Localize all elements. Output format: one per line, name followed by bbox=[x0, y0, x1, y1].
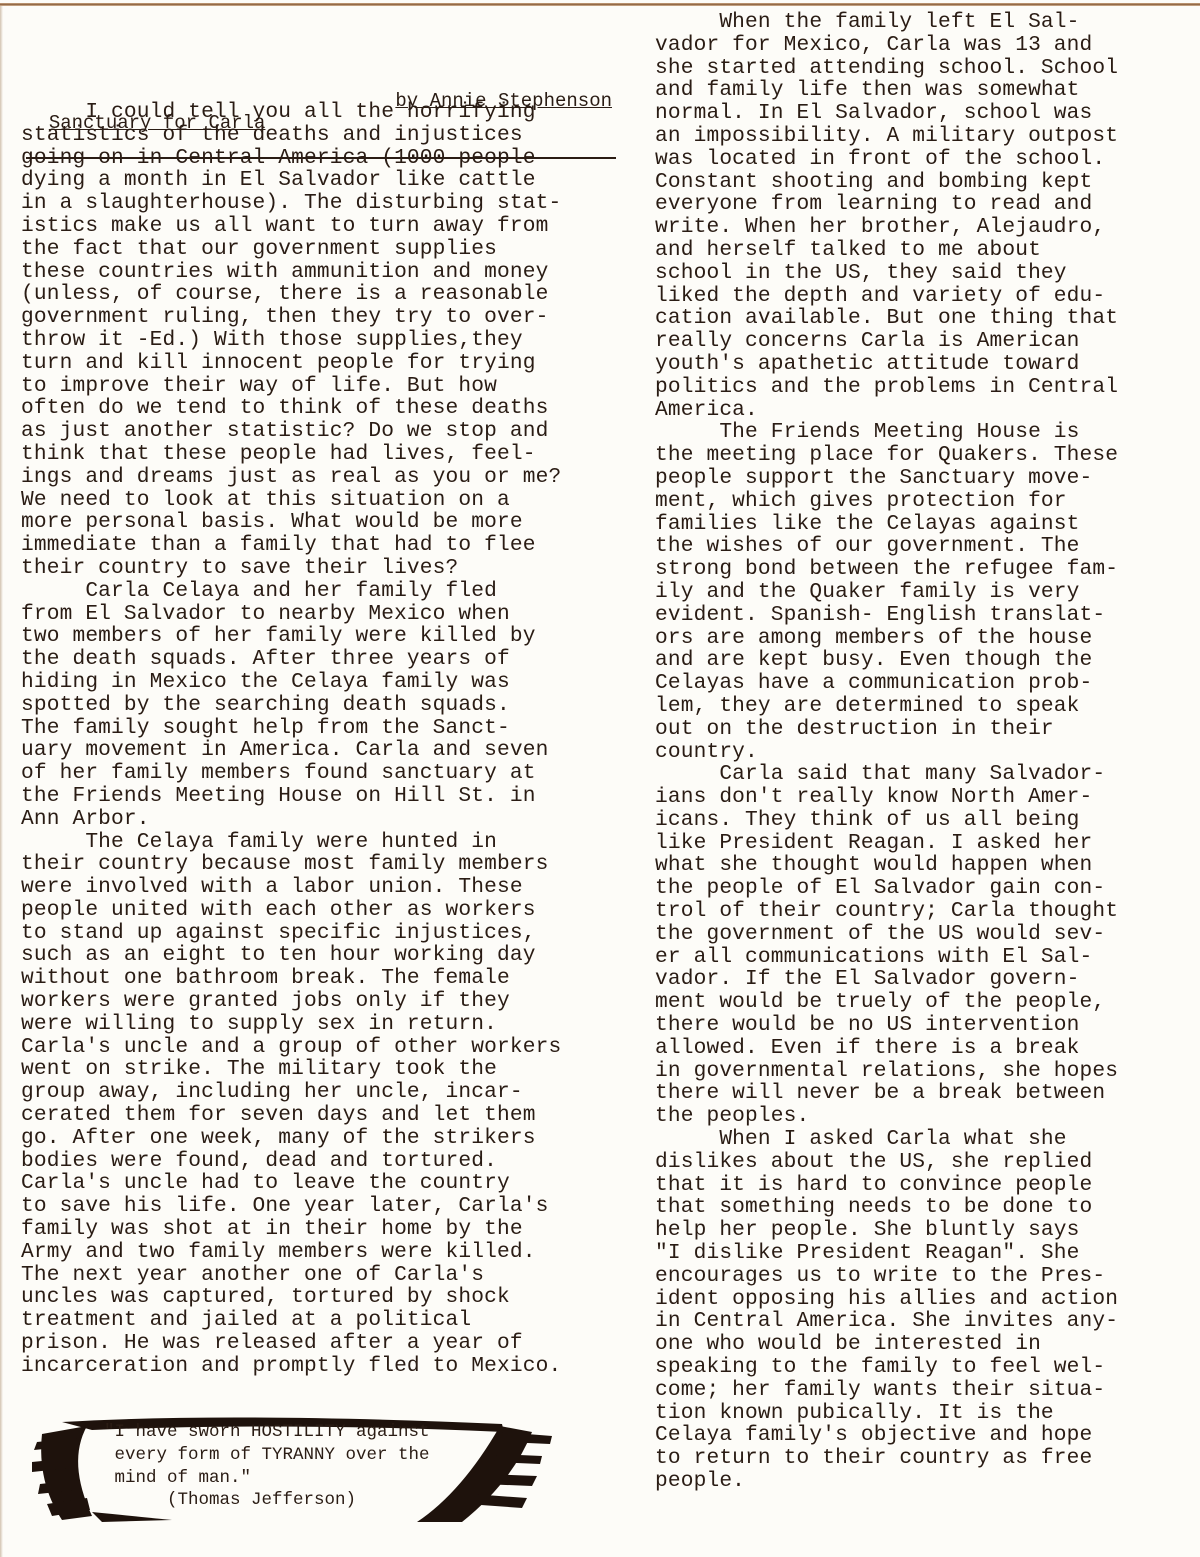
text-line: think that these people had lives, feel- bbox=[21, 443, 561, 466]
text-line: the people of El Salvador gain con- bbox=[655, 877, 1118, 900]
text-line: istics make us all want to turn away fro… bbox=[21, 215, 561, 238]
left-column: I could tell you all the horrifyingstati… bbox=[21, 101, 561, 1378]
text-line: (Thomas Jefferson) bbox=[104, 1490, 430, 1513]
text-line: treatment and jailed at a political bbox=[21, 1309, 561, 1332]
text-line: the Friends Meeting House on Hill St. in bbox=[21, 785, 561, 808]
text-line: Ann Arbor. bbox=[21, 808, 561, 831]
text-line: in governmental relations, she hopes bbox=[655, 1060, 1118, 1083]
page-left-edge bbox=[0, 6, 3, 1557]
text-line: to save his life. One year later, Carla'… bbox=[21, 1195, 561, 1218]
text-line: vador for Mexico, Carla was 13 and bbox=[655, 34, 1118, 57]
text-line: these countries with ammunition and mone… bbox=[21, 261, 561, 284]
text-line: what she thought would happen when bbox=[655, 854, 1118, 877]
page-top-edge bbox=[0, 3, 1200, 6]
text-line: mind of man." bbox=[104, 1468, 430, 1491]
text-line: went on strike. The military took the bbox=[21, 1058, 561, 1081]
text-line: one who would be interested in bbox=[655, 1333, 1118, 1356]
text-line: from El Salvador to nearby Mexico when bbox=[21, 603, 561, 626]
text-line: icans. They think of us all being bbox=[655, 809, 1118, 832]
text-line: was located in front of the school. bbox=[655, 148, 1118, 171]
text-line: The next year another one of Carla's bbox=[21, 1264, 561, 1287]
text-line: Carla said that many Salvador- bbox=[655, 763, 1118, 786]
text-line: and are kept busy. Even though the bbox=[655, 649, 1118, 672]
text-line: dislikes about the US, she replied bbox=[655, 1151, 1118, 1174]
text-line: write. When her brother, Alejaudro, bbox=[655, 216, 1118, 239]
text-line: tion known pubically. It is the bbox=[655, 1402, 1118, 1425]
text-line: there will never be a break between bbox=[655, 1082, 1118, 1105]
text-line: go. After one week, many of the strikers bbox=[21, 1127, 561, 1150]
right-column: When the family left El Sal-vador for Me… bbox=[655, 11, 1118, 1493]
text-line: like President Reagan. I asked her bbox=[655, 832, 1118, 855]
text-line: really concerns Carla is American bbox=[655, 330, 1118, 353]
text-line: the meeting place for Quakers. These bbox=[655, 444, 1118, 467]
text-line: ident opposing his allies and action bbox=[655, 1288, 1118, 1311]
text-line: were involved with a labor union. These bbox=[21, 876, 561, 899]
text-line: dying a month in El Salvador like cattle bbox=[21, 169, 561, 192]
text-line: that it is hard to convince people bbox=[655, 1174, 1118, 1197]
text-line: Celayas have a communication prob- bbox=[655, 672, 1118, 695]
text-line: turn and kill innocent people for trying bbox=[21, 352, 561, 375]
text-line: workers were granted jobs only if they bbox=[21, 990, 561, 1013]
text-line: the wishes of our government. The bbox=[655, 535, 1118, 558]
text-line: to stand up against specific injustices, bbox=[21, 922, 561, 945]
text-line: people support the Sanctuary move- bbox=[655, 467, 1118, 490]
text-line: I could tell you all the horrifying bbox=[21, 101, 561, 124]
text-line: bodies were found, dead and tortured. bbox=[21, 1150, 561, 1173]
text-line: she started attending school. School bbox=[655, 57, 1118, 80]
text-line: come; her family wants their situa- bbox=[655, 1379, 1118, 1402]
text-line: in a slaughterhouse). The disturbing sta… bbox=[21, 192, 561, 215]
text-line: going on in Central America (1000 people bbox=[21, 147, 561, 170]
text-line: encourages us to write to the Pres- bbox=[655, 1265, 1118, 1288]
text-line: speaking to the family to feel wel- bbox=[655, 1356, 1118, 1379]
text-line: vador. If the El Salvador govern- bbox=[655, 968, 1118, 991]
text-line: as just another statistic? Do we stop an… bbox=[21, 420, 561, 443]
text-line: immediate than a family that had to flee bbox=[21, 534, 561, 557]
text-line: of her family members found sanctuary at bbox=[21, 762, 561, 785]
text-line: often do we tend to think of these death… bbox=[21, 397, 561, 420]
text-line: and family life then was somewhat bbox=[655, 79, 1118, 102]
text-line: Carla Celaya and her family fled bbox=[21, 580, 561, 603]
text-line: We need to look at this situation on a bbox=[21, 489, 561, 512]
text-line: hiding in Mexico the Celaya family was bbox=[21, 671, 561, 694]
text-line: ians don't really know North Amer- bbox=[655, 786, 1118, 809]
text-line: the government of the US would sev- bbox=[655, 923, 1118, 946]
text-line: youth's apathetic attitude toward bbox=[655, 353, 1118, 376]
text-line: lem, they are determined to speak bbox=[655, 695, 1118, 718]
text-line: ment, which gives protection for bbox=[655, 490, 1118, 513]
text-line: allowed. Even if there is a break bbox=[655, 1037, 1118, 1060]
text-line: The family sought help from the Sanct- bbox=[21, 717, 561, 740]
text-line: people. bbox=[655, 1470, 1118, 1493]
text-line: everyone from learning to read and bbox=[655, 193, 1118, 216]
pull-quote: "I have sworn HOSTILITY against every fo… bbox=[32, 1412, 557, 1522]
text-line: normal. In El Salvador, school was bbox=[655, 102, 1118, 125]
text-line: their country to save their lives? bbox=[21, 557, 561, 580]
text-line: people united with each other as workers bbox=[21, 899, 561, 922]
text-line: and herself talked to me about bbox=[655, 239, 1118, 262]
text-line: families like the Celayas against bbox=[655, 513, 1118, 536]
text-line: school in the US, they said they bbox=[655, 262, 1118, 285]
text-line: family was shot at in their home by the bbox=[21, 1218, 561, 1241]
text-line: cation available. But one thing that bbox=[655, 307, 1118, 330]
text-line: an impossibility. A military outpost bbox=[655, 125, 1118, 148]
text-line: incarceration and promptly fled to Mexic… bbox=[21, 1355, 561, 1378]
text-line: the death squads. After three years of bbox=[21, 648, 561, 671]
text-line: to return to their country as free bbox=[655, 1447, 1118, 1470]
text-line: there would be no US intervention bbox=[655, 1014, 1118, 1037]
text-line: more personal basis. What would be more bbox=[21, 511, 561, 534]
text-line: Constant shooting and bombing kept bbox=[655, 171, 1118, 194]
text-line: ment would be truely of the people, bbox=[655, 991, 1118, 1014]
text-line: liked the depth and variety of edu- bbox=[655, 285, 1118, 308]
text-line: prison. He was released after a year of bbox=[21, 1332, 561, 1355]
text-line: two members of her family were killed by bbox=[21, 625, 561, 648]
text-line: When the family left El Sal- bbox=[655, 11, 1118, 34]
text-line: spotted by the searching death squads. bbox=[21, 694, 561, 717]
quote-text: "I have sworn HOSTILITY against every fo… bbox=[104, 1422, 430, 1513]
text-line: that something needs to be done to bbox=[655, 1196, 1118, 1219]
text-line: The Friends Meeting House is bbox=[655, 421, 1118, 444]
text-line: country. bbox=[655, 741, 1118, 764]
text-line: er all communications with El Sal- bbox=[655, 946, 1118, 969]
text-line: cerated them for seven days and let them bbox=[21, 1104, 561, 1127]
text-line: throw it -Ed.) With those supplies,they bbox=[21, 329, 561, 352]
text-line: uncles was captured, tortured by shock bbox=[21, 1286, 561, 1309]
text-line: (unless, of course, there is a reasonabl… bbox=[21, 283, 561, 306]
text-line: government ruling, then they try to over… bbox=[21, 306, 561, 329]
text-line: to improve their way of life. But how bbox=[21, 375, 561, 398]
text-line: strong bond between the refugee fam- bbox=[655, 558, 1118, 581]
text-line: Army and two family members were killed. bbox=[21, 1241, 561, 1264]
text-line: out on the destruction in their bbox=[655, 718, 1118, 741]
text-line: group away, including her uncle, incar- bbox=[21, 1081, 561, 1104]
text-line: uary movement in America. Carla and seve… bbox=[21, 739, 561, 762]
text-line: such as an eight to ten hour working day bbox=[21, 944, 561, 967]
text-line: their country because most family member… bbox=[21, 853, 561, 876]
text-line: "I dislike President Reagan". She bbox=[655, 1242, 1118, 1265]
text-line: the peoples. bbox=[655, 1105, 1118, 1128]
text-line: America. bbox=[655, 399, 1118, 422]
text-line: ily and the Quaker family is very bbox=[655, 581, 1118, 604]
text-line: the fact that our government supplies bbox=[21, 238, 561, 261]
text-line: in Central America. She invites any- bbox=[655, 1310, 1118, 1333]
text-line: "I have sworn HOSTILITY against bbox=[104, 1422, 430, 1445]
text-line: ings and dreams just as real as you or m… bbox=[21, 466, 561, 489]
text-line: statistics of the deaths and injustices bbox=[21, 124, 561, 147]
text-line: politics and the problems in Central bbox=[655, 376, 1118, 399]
text-line: trol of their country; Carla thought bbox=[655, 900, 1118, 923]
text-line: Carla's uncle and a group of other worke… bbox=[21, 1036, 561, 1059]
text-line: evident. Spanish- English translat- bbox=[655, 604, 1118, 627]
text-line: The Celaya family were hunted in bbox=[21, 831, 561, 854]
text-line: were willing to supply sex in return. bbox=[21, 1013, 561, 1036]
text-line: Celaya family's objective and hope bbox=[655, 1424, 1118, 1447]
text-line: every form of TYRANNY over the bbox=[104, 1445, 430, 1468]
text-line: without one bathroom break. The female bbox=[21, 967, 561, 990]
text-line: Carla's uncle had to leave the country bbox=[21, 1172, 561, 1195]
text-line: help her people. She bluntly says bbox=[655, 1219, 1118, 1242]
text-line: ors are among members of the house bbox=[655, 627, 1118, 650]
text-line: When I asked Carla what she bbox=[655, 1128, 1118, 1151]
